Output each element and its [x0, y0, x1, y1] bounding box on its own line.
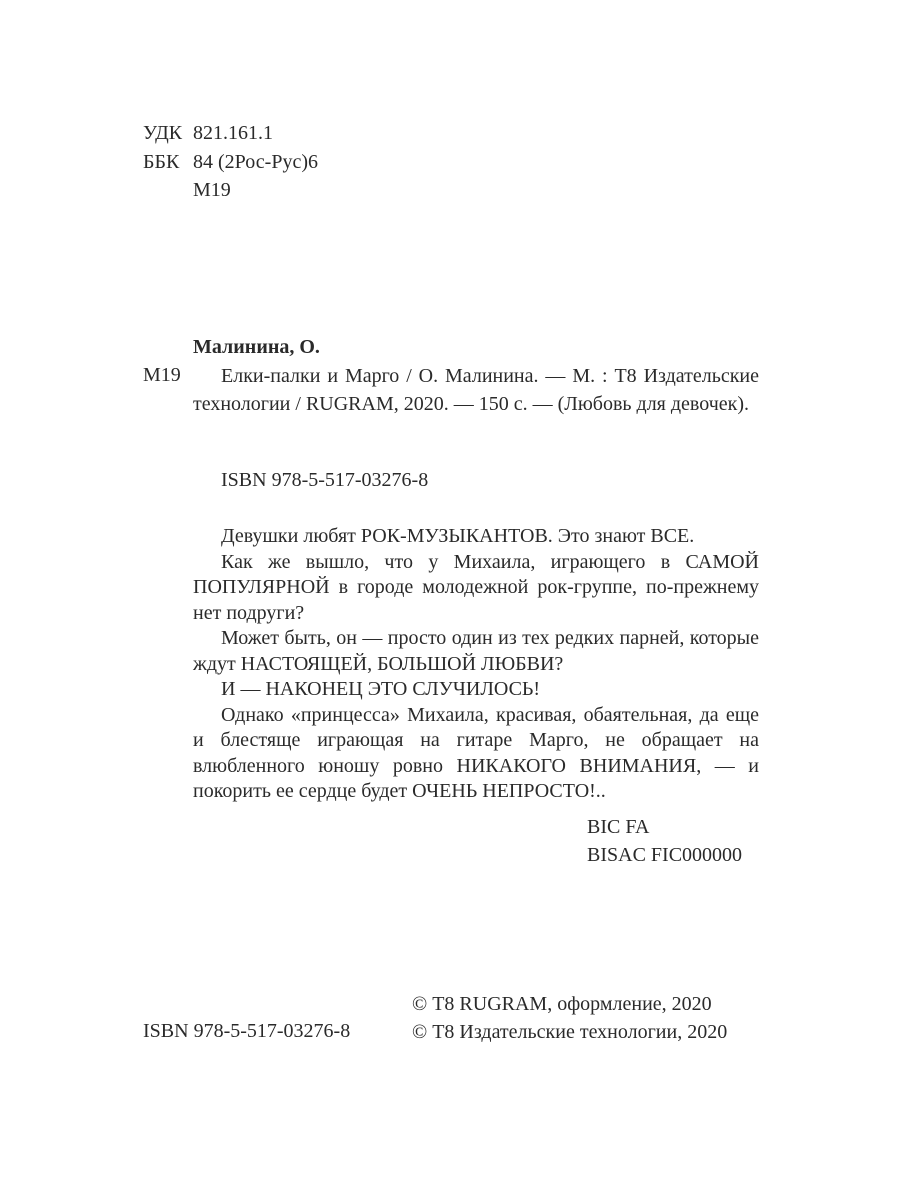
- author-mark: М19: [193, 177, 231, 203]
- annotation-paragraph: И — НАКОНЕЦ ЭТО СЛУЧИЛОСЬ!: [193, 677, 759, 703]
- subject-codes: BIC FA BISAC FIC000000: [587, 813, 742, 869]
- annotation-paragraph: Может быть, он — просто один из тех редк…: [193, 626, 759, 677]
- bisac-code: BISAC FIC000000: [587, 841, 742, 869]
- bbk-label: ББК: [143, 149, 179, 175]
- annotation: Девушки любят РОК-МУЗЫКАНТОВ. Это знают …: [193, 524, 759, 805]
- annotation-paragraph: Как же вышло, что у Михаила, играющего в…: [193, 550, 759, 627]
- annotation-paragraph: Девушки любят РОК-МУЗЫКАНТОВ. Это знают …: [193, 524, 759, 550]
- bibliographic-description: Елки-палки и Марго / О. Малинина. — М. :…: [193, 362, 759, 418]
- bic-code: BIC FA: [587, 813, 742, 841]
- record-author-mark: М19: [143, 362, 181, 388]
- annotation-paragraph: Однако «принцесса» Михаила, красивая, об…: [193, 703, 759, 805]
- footer-isbn: ISBN 978-5-517-03276-8: [143, 1018, 350, 1044]
- copyright-publisher: © Т8 Издательские технологии, 2020: [412, 1018, 727, 1046]
- author-heading: Малинина, О.: [193, 334, 320, 360]
- description-text: Елки-палки и Марго / О. Малинина. — М. :…: [193, 365, 759, 415]
- copyright-design: © Т8 RUGRAM, оформление, 2020: [412, 990, 727, 1018]
- bbk-value: 84 (2Рос-Рус)6: [193, 149, 318, 175]
- udk-value: 821.161.1: [193, 120, 273, 146]
- copyright-block: © Т8 RUGRAM, оформление, 2020 © Т8 Издат…: [412, 990, 727, 1046]
- record-isbn: ISBN 978-5-517-03276-8: [221, 467, 428, 493]
- udk-label: УДК: [143, 120, 182, 146]
